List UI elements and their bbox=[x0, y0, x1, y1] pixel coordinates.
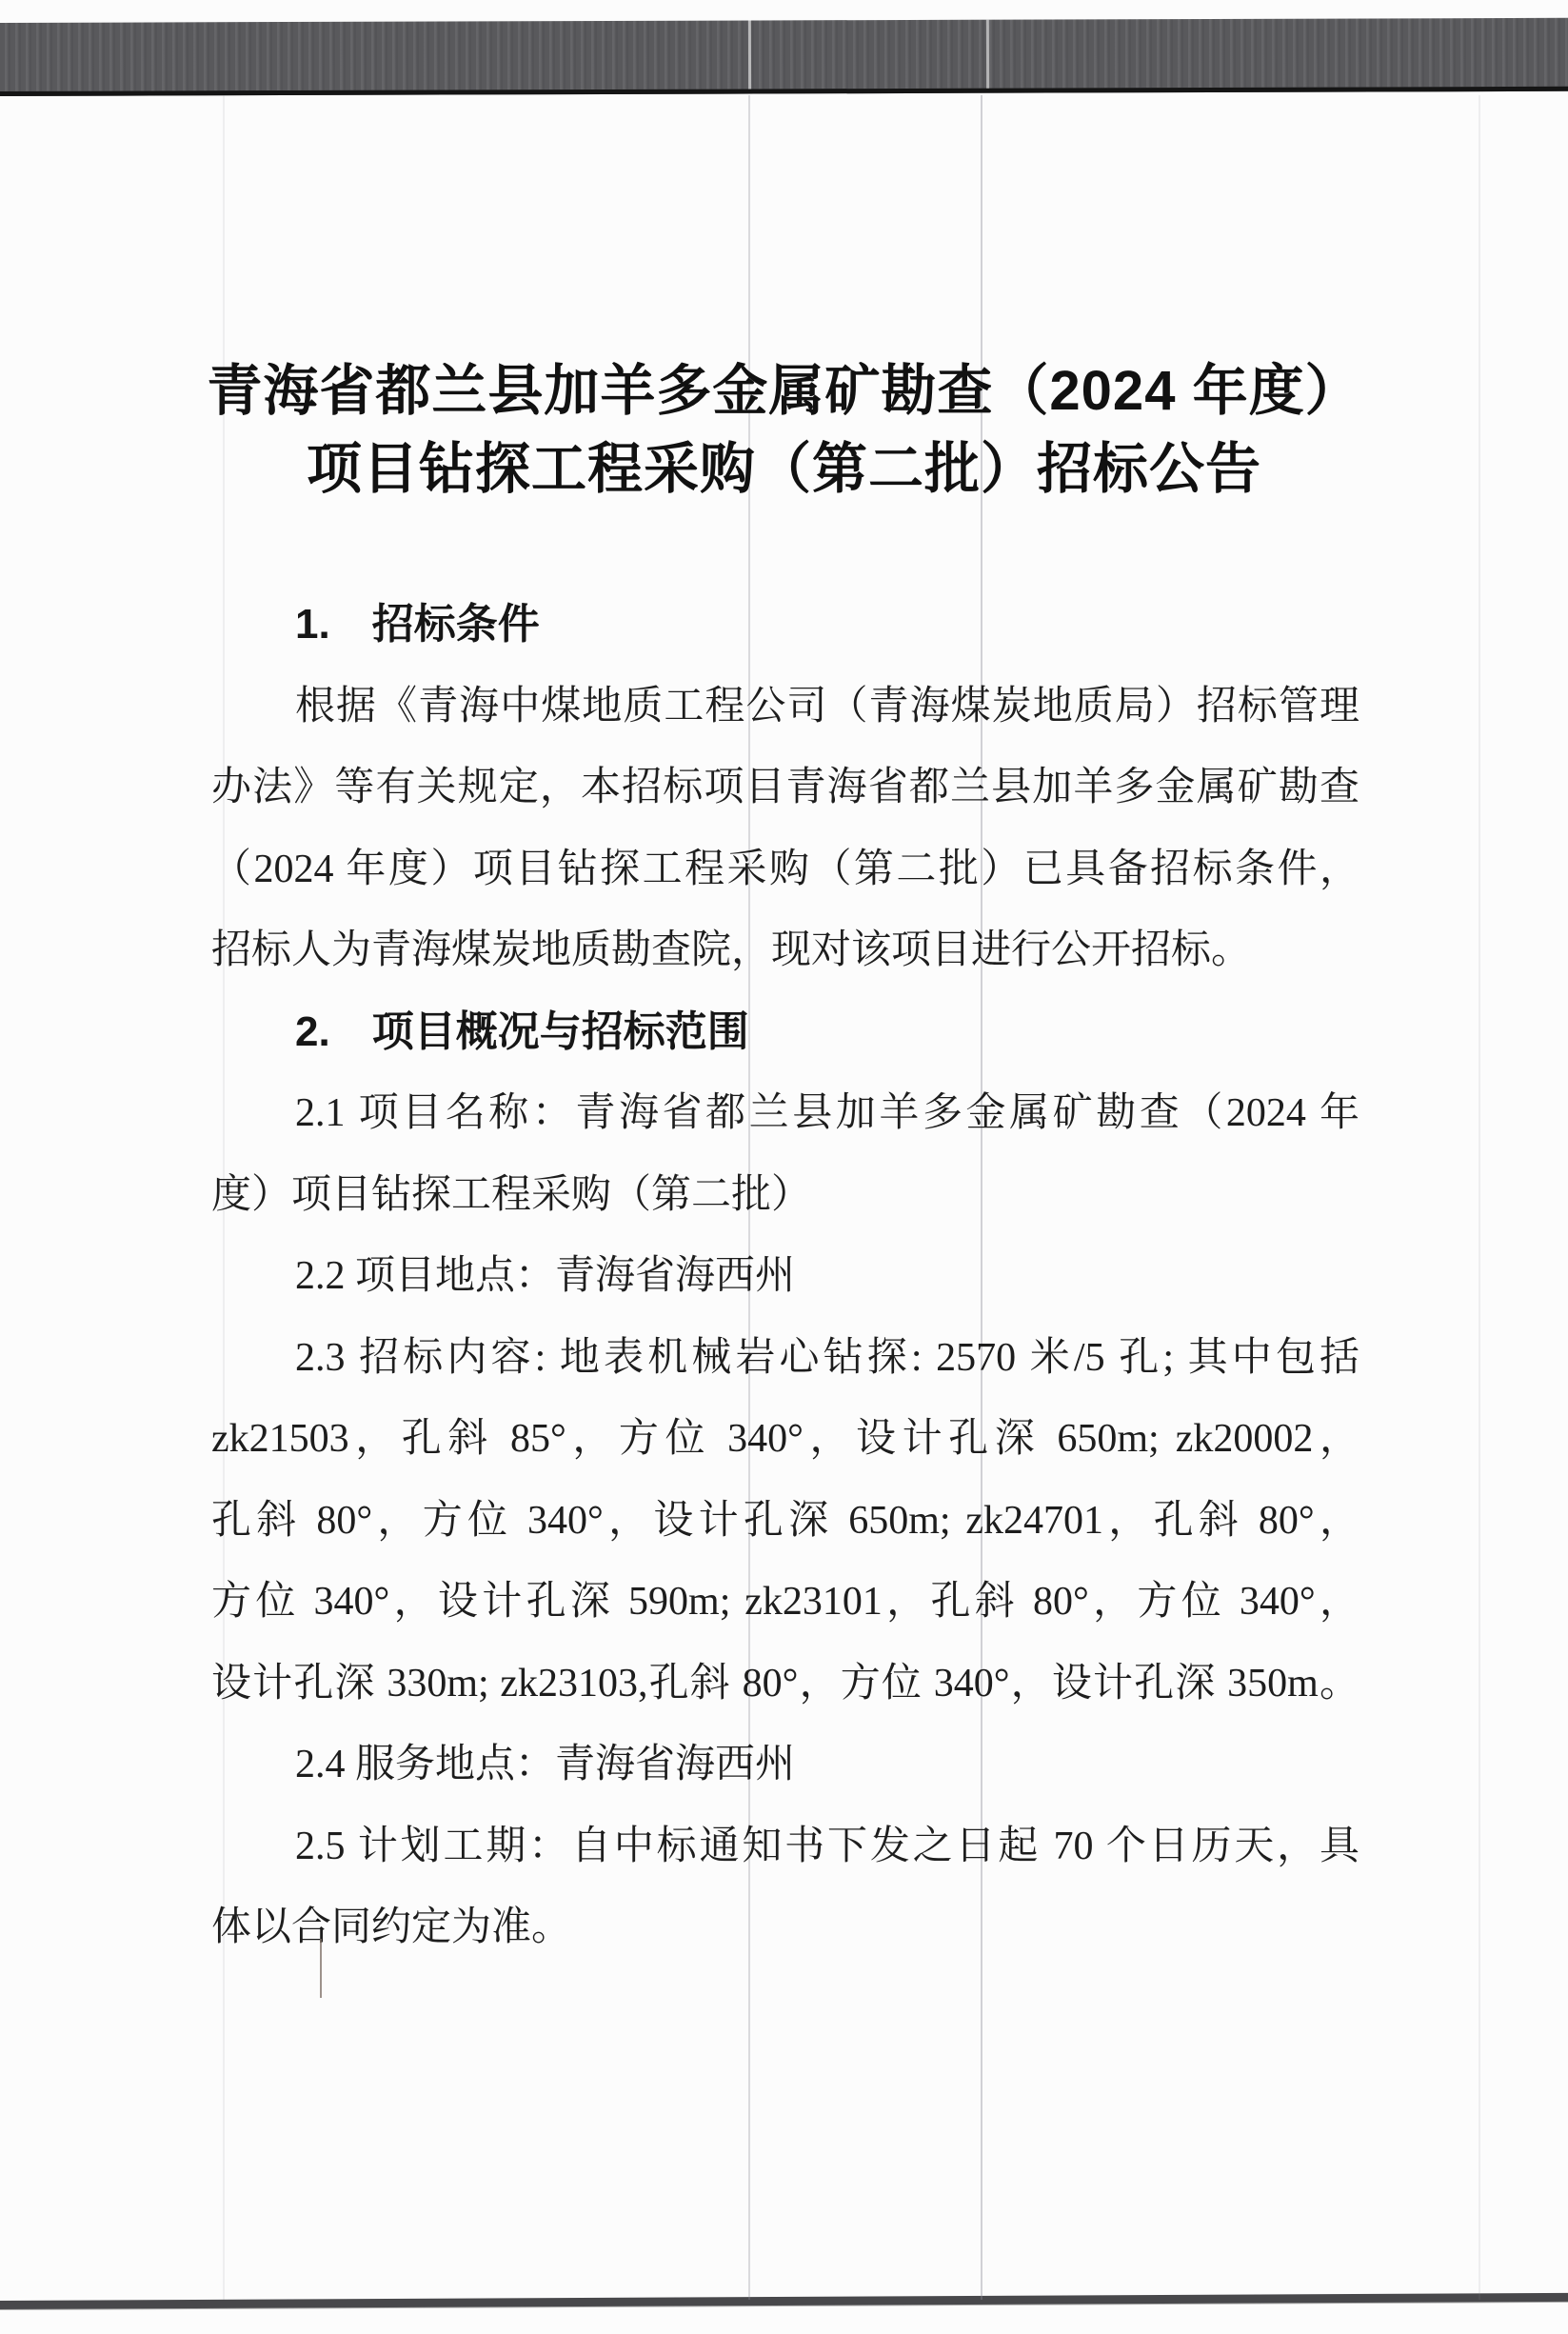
text-line: zk21503，孔斜 85°，方位 340°，设计孔深 650m; zk2000… bbox=[211, 1412, 1360, 1494]
text-line: （2024 年度）项目钻探工程采购（第二批）已具备招标条件， bbox=[211, 843, 1360, 925]
text-line: 2.3 招标内容: 地表机械岩心钻探: 2570 米/5 孔; 其中包括 bbox=[211, 1331, 1360, 1413]
document-title-line-2: 项目钻探工程采购（第二批）招标公告 bbox=[0, 430, 1568, 509]
text-line: 设计孔深 330m; zk23103,孔斜 80°，方位 340°，设计孔深 3… bbox=[211, 1657, 1360, 1739]
text-line: 招标人为青海煤炭地质勘查院，现对该项目进行公开招标。 bbox=[211, 924, 1360, 1006]
text-line: 孔斜 80°，方位 340°，设计孔深 650m; zk24701，孔斜 80°… bbox=[211, 1494, 1360, 1576]
text-line: 办法》等有关规定，本招标项目青海省都兰县加羊多金属矿勘查 bbox=[211, 761, 1360, 843]
document-title-line-1: 青海省都兰县加羊多金属矿勘查（2024 年度） bbox=[0, 352, 1568, 430]
text-line: 2.5 计划工期：自中标通知书下发之日起 70 个日历天，具 bbox=[211, 1820, 1360, 1902]
document-title: 青海省都兰县加羊多金属矿勘查（2024 年度） 项目钻探工程采购（第二批）招标公… bbox=[0, 352, 1568, 509]
text-line: 方位 340°，设计孔深 590m; zk23101，孔斜 80°，方位 340… bbox=[211, 1575, 1360, 1657]
text-line: 度）项目钻探工程采购（第二批） bbox=[211, 1168, 1360, 1250]
pen-mark-artifact bbox=[320, 1939, 322, 1998]
scan-streak bbox=[986, 20, 989, 89]
text-line: 体以合同约定为准。 bbox=[211, 1901, 1360, 1983]
scan-artifact-top-bar bbox=[0, 18, 1568, 96]
document-page: 青海省都兰县加羊多金属矿勘查（2024 年度） 项目钻探工程采购（第二批）招标公… bbox=[0, 0, 1568, 2334]
text-line: 2.2 项目地点：青海省海西州 bbox=[211, 1249, 1360, 1331]
text-line: 2.4 服务地点：青海省海西州 bbox=[211, 1738, 1360, 1820]
section-heading: 2. 项目概况与招标范围 bbox=[211, 1006, 1360, 1087]
text-line: 根据《青海中煤地质工程公司（青海煤炭地质局）招标管理 bbox=[211, 680, 1360, 762]
text-line: 2.1 项目名称：青海省都兰县加羊多金属矿勘查（2024 年 bbox=[211, 1087, 1360, 1168]
scan-streak bbox=[748, 21, 751, 90]
section-heading: 1. 招标条件 bbox=[211, 598, 1360, 680]
scan-artifact-bottom-bar bbox=[0, 2293, 1568, 2309]
